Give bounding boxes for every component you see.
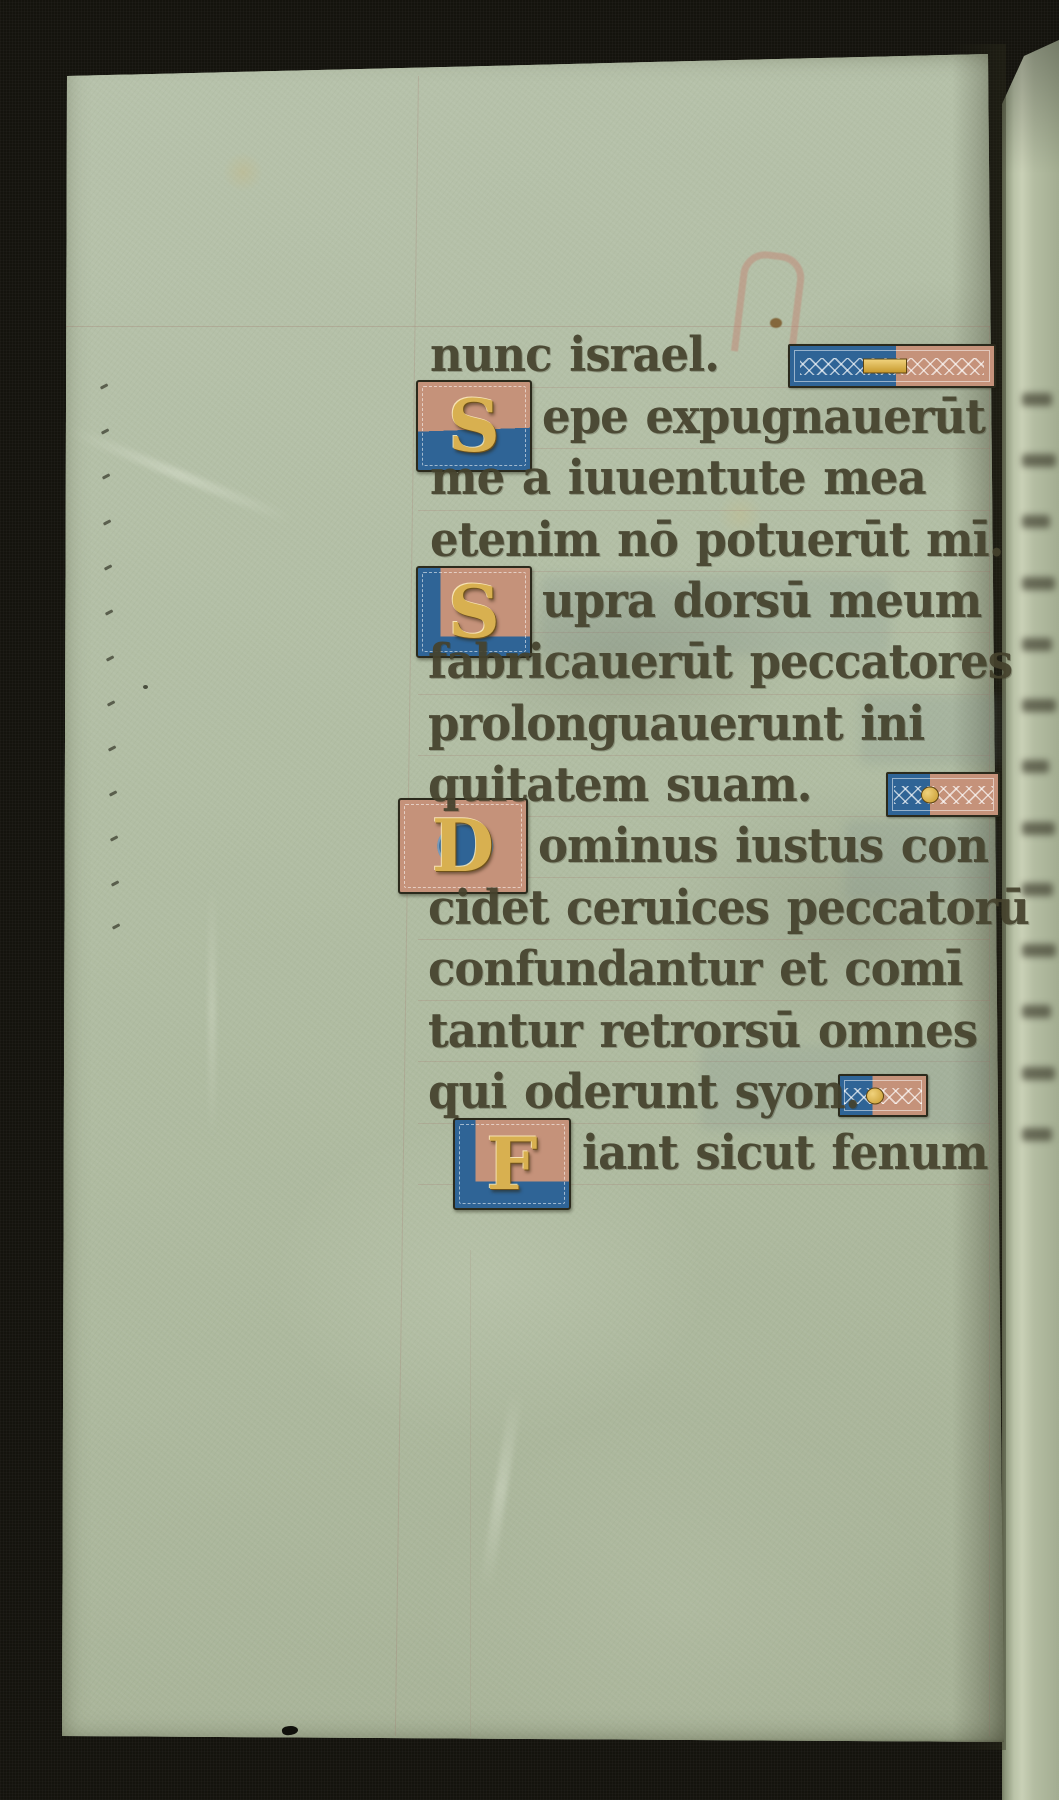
pricking-mark [103,519,111,525]
ruling-line-vertical [470,1250,471,1737]
pricking-mark [102,473,110,479]
text-line: iant sicut fenum [582,1127,987,1179]
pricking-mark [109,790,117,796]
pricking-mark [100,383,108,389]
pricking-mark [101,428,109,434]
white-inner-frame [892,778,994,811]
gold-dot [921,786,939,803]
line-filler [788,344,996,388]
gold-bar [863,359,907,374]
gold-initial-letter: F [455,1120,569,1208]
text-line: ominus iustus con [538,820,988,872]
pricking-mark [104,564,112,570]
text-line: cidet ceruices peccatorū [428,882,1029,934]
ruling-line-text [418,1000,990,1001]
text-line: nunc israel. [430,329,719,381]
illuminated-initial-F-fiant: F [453,1118,571,1210]
ruling-line-vertical [395,76,419,1736]
crease-highlight [208,880,216,1140]
pricking-mark [106,655,114,661]
pricking-mark [112,923,120,929]
pricking-mark [110,835,118,841]
brown-dot [770,318,782,328]
pricking-mark [105,609,113,615]
photo-canvas: S S D F nu [0,0,1059,1800]
line-filler [886,772,1000,817]
gold-dot [866,1087,884,1104]
text-line: qui oderunt syon. [428,1066,860,1118]
text-line: fabricauerūt peccatores [428,636,1012,688]
text-line: quitatem suam. [428,759,811,811]
text-line: confundantur et comī [428,943,962,995]
crease-highlight [67,425,293,524]
text-line: tantur retrorsū omnes [428,1005,977,1057]
text-line: prolonguauerunt ini [428,698,924,750]
edge-nick [281,1725,298,1736]
pricking-mark [107,700,115,706]
gold-initial-letter: D [400,800,526,892]
text-line: epe expugnauerūt [542,391,985,443]
pricking-mark [111,880,119,886]
crease-highlight [479,1390,522,1589]
red-hook-mark [731,248,807,358]
text-line: upra dorsū meum [542,575,981,627]
ink-speck [143,685,148,689]
pricking-mark [108,745,116,751]
page-content: S S D F nu [0,0,1059,1800]
text-line: etenim nō potuerūt mī. [430,514,1003,566]
text-line: me a iuuentute mea [430,452,926,504]
